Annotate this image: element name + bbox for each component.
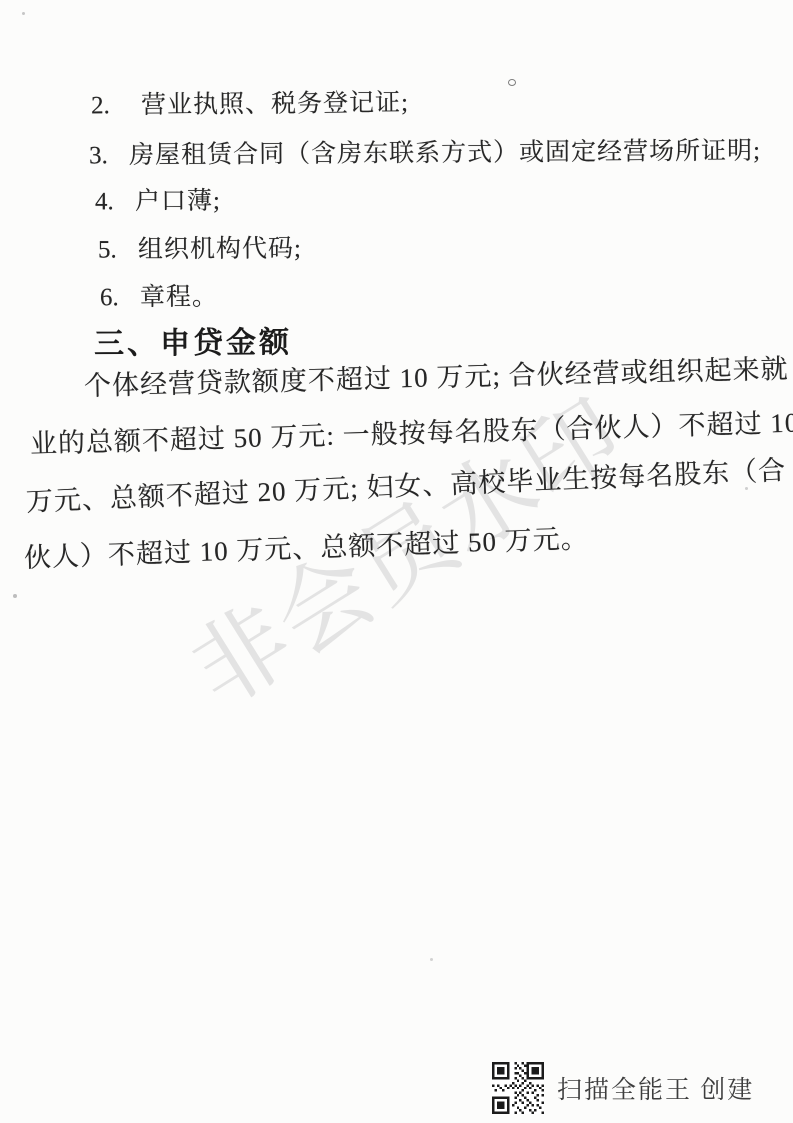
- list-item-number: 2.: [91, 92, 141, 120]
- creator-label: 扫描全能王 创建: [557, 1070, 754, 1106]
- list-item-text: 章程。: [140, 284, 218, 311]
- footer: 扫描全能王 创建: [492, 1061, 754, 1115]
- scan-speck: [22, 12, 25, 15]
- list-item-number: 6.: [100, 284, 140, 312]
- list-item-text: 房屋租赁合同（含房东联系方式）或固定经营场所证明;: [129, 138, 761, 169]
- list-item-text: 户口薄;: [135, 188, 221, 215]
- list-item-number: 5.: [98, 236, 138, 264]
- list-item-number: 3.: [89, 142, 129, 170]
- document-page: 非会员水印 2.营业执照、税务登记证; 3.房屋租赁合同（含房东联系方式）或固定…: [0, 0, 793, 1123]
- scan-speck: [13, 594, 17, 598]
- list-item: 5.组织机构代码;: [98, 228, 302, 265]
- list-item-text: 营业执照、税务登记证;: [141, 90, 409, 119]
- scan-speck: [430, 958, 433, 961]
- scan-speck: [508, 79, 516, 86]
- list-item: 4.户口薄;: [95, 181, 221, 218]
- section-heading: 三、申贷金额: [94, 317, 292, 362]
- list-item-number: 4.: [95, 188, 135, 216]
- list-item: 6.章程。: [100, 277, 218, 314]
- list-item: 3.房屋租赁合同（含房东联系方式）或固定经营场所证明;: [89, 131, 761, 172]
- list-item-text: 组织机构代码;: [138, 235, 302, 263]
- qr-code-icon: [492, 1061, 544, 1115]
- list-item: 2.营业执照、税务登记证;: [91, 83, 409, 122]
